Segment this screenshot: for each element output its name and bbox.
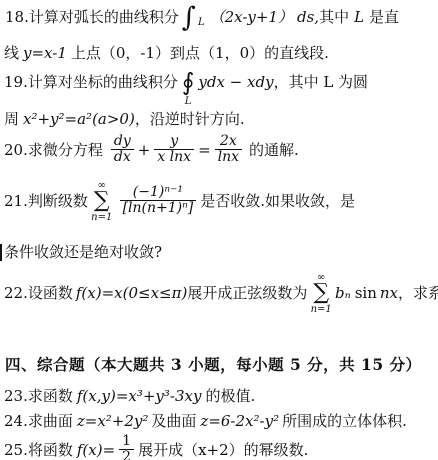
- q19-line2-tail: ，沿逆时针方向.: [135, 110, 245, 129]
- q21-frac-denominator: [ln(n+1)ⁿ]: [120, 200, 197, 216]
- q24-mid-text: 及曲面: [151, 412, 196, 431]
- summation-icon: ∞∑n=1: [313, 282, 329, 304]
- plus-sign: +: [138, 141, 151, 160]
- q18-line2-tail: 上点（0，-1）到点（1，0）的直线段.: [71, 44, 329, 63]
- q20-frac2-numerator: y: [167, 134, 181, 149]
- q25-lead-text: 25.将函数: [4, 441, 73, 460]
- integral-subscript: L: [198, 17, 205, 30]
- equals-sign: =: [198, 141, 211, 160]
- question-20: 20.求微分方程 dydx + yx lnx = 2xlnx 的通解.: [4, 134, 299, 166]
- q25-fraction: 12: [119, 434, 134, 460]
- q22-mid-text: 展开成正弦级数为: [187, 284, 307, 303]
- sum-lower-limit: n=1: [91, 213, 112, 223]
- q20-frac1-numerator: dy: [111, 134, 134, 149]
- q22-lead-text: 22.设函数: [4, 284, 73, 303]
- question-18-line-1: 18.计算对弧长的曲线积分 ∫L （2x-y+1） ds, 其中 L 是直: [5, 4, 399, 31]
- q19-circle-equation: x²+y²=a²(a>0): [23, 110, 135, 129]
- q25-frac-numerator: 1: [119, 434, 134, 449]
- q18-tail-text: 是直: [369, 8, 399, 27]
- q22-sin-label: sin: [355, 284, 377, 303]
- q18-lead-text: 18.计算对弧长的曲线积分: [5, 8, 179, 27]
- q18-line2-lead: 线: [4, 44, 19, 63]
- q18-line-equation: y=x-1: [23, 44, 67, 63]
- q22-function-def: f(x)=x(0≤x≤π): [76, 284, 187, 303]
- question-24: 24.求曲面 z=x²+2y² 及曲面 z=6-2x²-y² 所围成的立体体积.: [4, 412, 407, 431]
- q20-fraction-2: yx lnx: [154, 134, 194, 166]
- section-4-header: 四、综合题（本大题共 3 小题，每小题 5 分，共 15 分）: [5, 355, 422, 374]
- question-18-line-2: 线 y=x-1 上点（0，-1）到点（1，0）的直线段.: [4, 44, 329, 63]
- q19-lead-text: 19.计算对坐标的曲线积分: [4, 73, 178, 92]
- sum-sign: ∑: [94, 190, 110, 212]
- integral-icon: ∫L: [182, 4, 207, 31]
- q24-lead-text: 24.求曲面: [4, 412, 73, 431]
- q18-curve-symbol: L: [354, 8, 364, 27]
- q20-tail-text: 的通解.: [249, 141, 299, 160]
- q25-tail-text: 展开成（x+2）的幂级数.: [138, 441, 308, 460]
- q24-tail-text: 所围成的立体体积.: [282, 412, 407, 431]
- question-19-line-1: 19.计算对坐标的曲线积分 ∮L ydx − xdy ，其中 L 为圆: [4, 70, 368, 95]
- integral-sign: ∫: [182, 4, 196, 31]
- q23-tail-text: 的极值.: [205, 387, 255, 406]
- question-21-line-1: 21.判断级数 ∞∑n=1 (−1)ⁿ⁻¹[ln(n+1)ⁿ] 是否收敛.如果收…: [4, 185, 355, 217]
- q18-ds: ds,: [297, 8, 319, 27]
- contour-integral-sign: ∮: [182, 68, 195, 96]
- q25-function-lhs: f(x)=: [77, 441, 115, 460]
- q20-fraction-1: dydx: [111, 134, 134, 166]
- q22-series-coefficient: bₙ: [335, 284, 351, 303]
- q20-lead-text: 20.求微分方程: [4, 141, 103, 160]
- sum-upper-limit: ∞: [98, 181, 106, 191]
- q25-frac-denominator: 2: [119, 449, 134, 460]
- q20-fraction-3: 2xlnx: [215, 134, 242, 166]
- q24-surface-2: z=6-2x²-y²: [200, 412, 279, 431]
- q21-series-fraction: (−1)ⁿ⁻¹[ln(n+1)ⁿ]: [120, 185, 197, 217]
- q19-line2-lead: 周: [4, 110, 19, 129]
- question-22: 22.设函数 f(x)=x(0≤x≤π) 展开成正弦级数为 ∞∑n=1 bₙ s…: [4, 282, 438, 304]
- question-25: 25.将函数 f(x)= 12 展开成（x+2）的幂级数.: [4, 434, 308, 460]
- q18-integrand: （2x-y+1）: [210, 8, 293, 27]
- q20-frac3-numerator: 2x: [217, 134, 240, 149]
- q23-lead-text: 23.求函数: [4, 387, 73, 406]
- q20-frac1-denominator: dx: [111, 149, 134, 165]
- sum-upper-limit: ∞: [317, 273, 325, 283]
- sum-sign: ∑: [313, 282, 329, 304]
- q21-frac-numerator: (−1)ⁿ⁻¹: [130, 185, 186, 200]
- q20-frac3-denominator: lnx: [215, 149, 242, 165]
- q19-integrand: ydx − xdy: [198, 73, 273, 92]
- question-23: 23.求函数 f(x,y)=x³+y³-3xy 的极值.: [4, 387, 255, 406]
- q19-tail-text: ，其中 L 为圆: [274, 73, 369, 92]
- question-19-line-2: 周 x²+y²=a²(a>0) ，沿逆时针方向.: [4, 110, 245, 129]
- q22-tail-text: ，求系数: [398, 284, 438, 303]
- exam-document-page: 18.计算对弧长的曲线积分 ∫L （2x-y+1） ds, 其中 L 是直 线 …: [0, 0, 438, 460]
- sum-lower-limit: n=1: [311, 305, 332, 315]
- q21-line2-text: 条件收敛还是绝对收敛?: [4, 243, 162, 262]
- q18-mid-text: 其中: [319, 8, 349, 27]
- q21-tail-text: 是否收敛.如果收敛，是: [200, 192, 355, 211]
- contour-integral-subscript: L: [185, 96, 192, 109]
- q20-frac2-denominator: x lnx: [154, 149, 194, 165]
- summation-icon: ∞∑n=1: [94, 190, 110, 212]
- q23-function: f(x,y)=x³+y³-3xy: [77, 387, 202, 406]
- question-21-line-2: 条件收敛还是绝对收敛?: [0, 243, 162, 262]
- section-title: 四、综合题（本大题共 3 小题，每小题 5 分，共 15 分）: [5, 355, 422, 374]
- q24-surface-1: z=x²+2y²: [77, 412, 149, 431]
- q22-series-argument: nx: [380, 284, 398, 303]
- contour-integral-icon: ∮L: [182, 70, 195, 95]
- text-cursor: [0, 244, 2, 261]
- q21-lead-text: 21.判断级数: [4, 192, 88, 211]
